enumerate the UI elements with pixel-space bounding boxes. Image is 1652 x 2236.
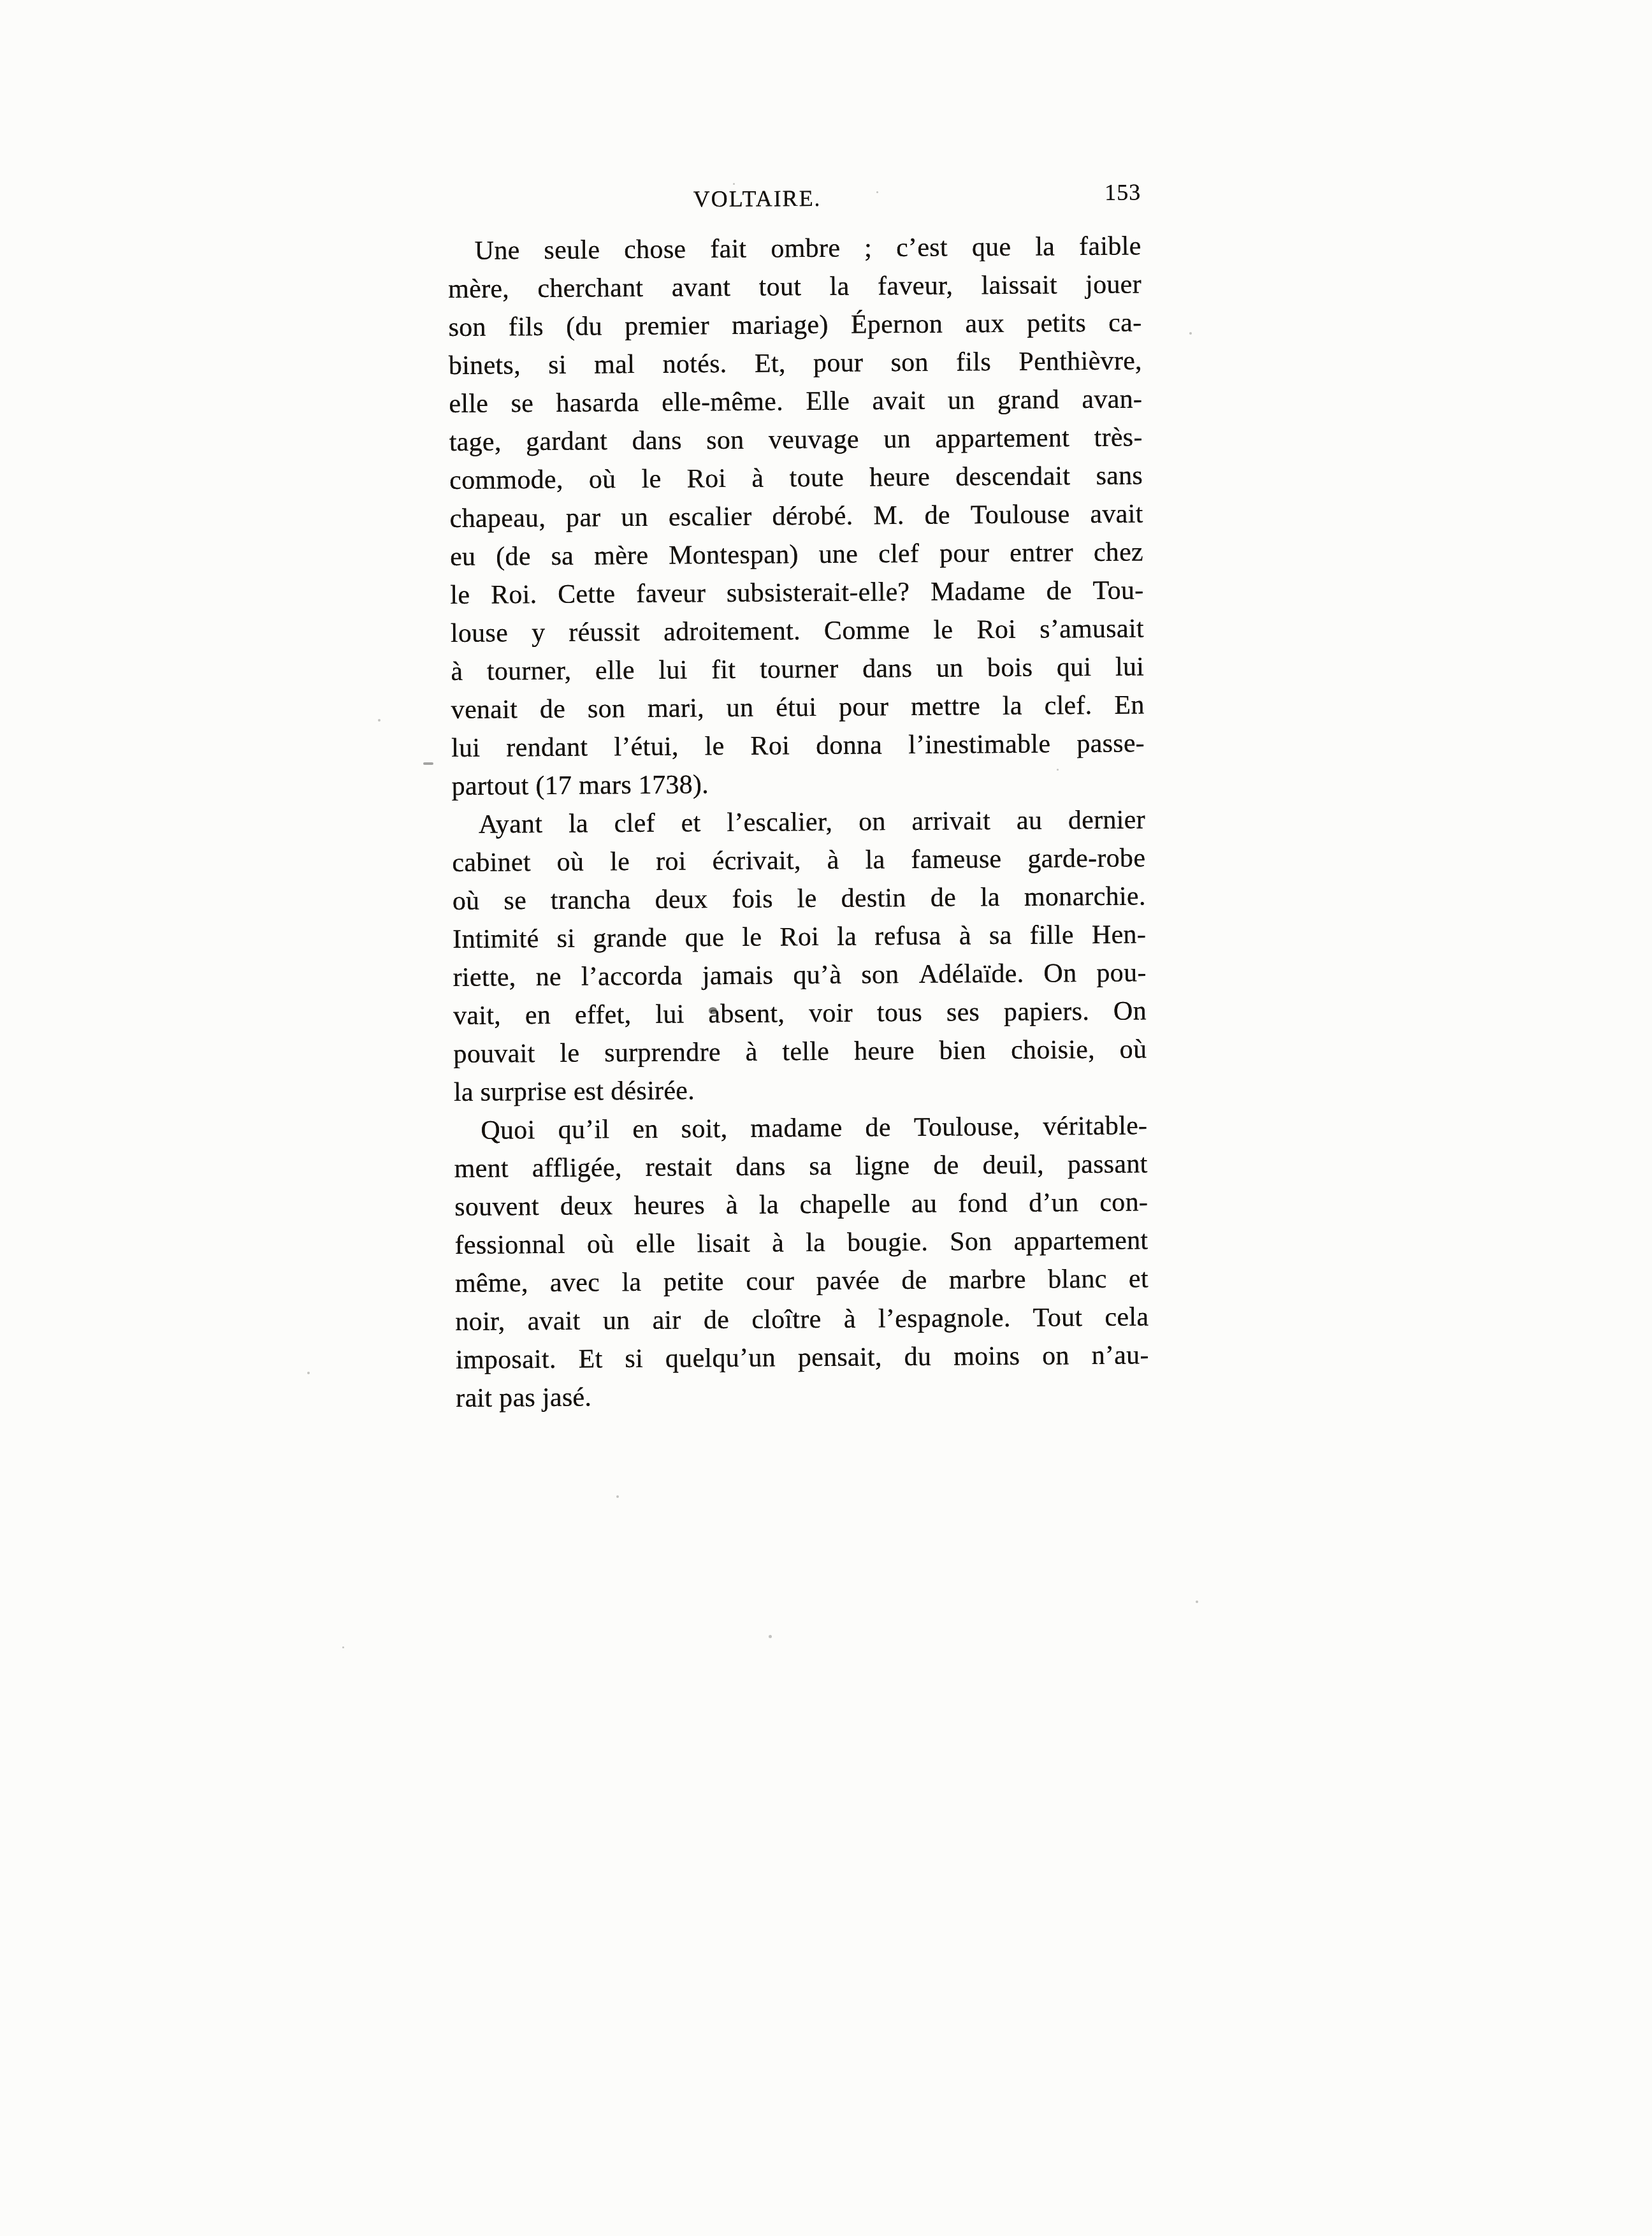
margin-mark (423, 762, 433, 765)
ink-speck (342, 1646, 344, 1648)
text-line: mentaffligée,restaitdanssalignededeuil,p… (454, 1145, 1148, 1188)
ink-speck (769, 1635, 772, 1638)
text-line: même,aveclapetitecourpavéedemarbreblance… (455, 1260, 1148, 1303)
text-body: Uneseulechosefaitombre;c’estquelafaiblem… (448, 227, 1150, 1418)
book-page: VOLTAIRE. 153 Uneseulechosefaitombre;c’e… (0, 0, 1652, 2236)
text-line: souventdeuxheuresàlachapelleaufondd’unco… (454, 1183, 1148, 1226)
ink-speck (1057, 769, 1059, 771)
text-line: noir,avaitunairdecloîtreàl’espagnole.Tou… (455, 1298, 1148, 1341)
text-line: oùsetranchadeuxfoisledestindelamonarchie… (453, 877, 1146, 920)
running-title: VOLTAIRE. (693, 184, 822, 214)
ink-speck (307, 1372, 310, 1374)
text-line: chapeau,parunescalierdérobé.M.deToulouse… (449, 495, 1143, 538)
text-line: riette,nel’accordajamaisqu’àsonAdélaïde.… (453, 954, 1146, 997)
text-line: ellesehasardaelle-même.Elleavaitungranda… (449, 380, 1142, 423)
text-line: àtourner,elleluifittournerdansunboisquil… (451, 648, 1144, 691)
text-line: Uneseulechosefaitombre;c’estquelafaible (448, 227, 1141, 270)
text-line: la surprise est désirée. (454, 1068, 1147, 1112)
text-line: mère,cherchantavanttoutlafaveur,laissait… (448, 265, 1141, 309)
paragraph: Uneseulechosefaitombre;c’estquelafaiblem… (448, 227, 1145, 806)
text-line: tage,gardantdanssonveuvageunappartementt… (449, 418, 1143, 461)
page-number: 153 (1105, 177, 1141, 207)
text-line: louseyréussitadroitement.CommeleRois’amu… (451, 609, 1144, 653)
text-line: commode,oùleRoiàtouteheuredescendaitsans (449, 456, 1143, 500)
paragraph: Quoiqu’ilensoit,madamedeToulouse,véritab… (454, 1107, 1149, 1418)
ink-speck (616, 1495, 619, 1498)
text-line: IntimitésigrandequeleRoilarefusaàsafille… (453, 915, 1146, 959)
ink-speck (709, 1007, 717, 1014)
ink-speck (733, 183, 735, 185)
text-line: leRoi.Cettefaveursubsisterait-elle?Madam… (450, 571, 1143, 614)
text-line: partout (17 mars 1738). (451, 762, 1145, 806)
text-line: fessionnaloùellelisaitàlabougie.Sonappar… (454, 1221, 1148, 1265)
text-line: rait pas jasé. (456, 1374, 1149, 1418)
text-line: binets,simalnotés.Et,poursonfilsPenthièv… (449, 342, 1142, 385)
text-line: imposait.Etsiquelqu’unpensait,dumoinsonn… (456, 1336, 1149, 1379)
text-line: eu(desamèreMontespan)uneclefpourentrerch… (450, 533, 1143, 576)
page-header: VOLTAIRE. 153 (447, 181, 1141, 215)
text-line: vait,eneffet,luiabsent,voirtoussespapier… (453, 992, 1147, 1035)
ink-speck (1196, 1601, 1198, 1603)
text-line: Ayantlaclefetl’escalier,onarrivaitaudern… (452, 801, 1145, 844)
paragraph: Ayantlaclefetl’escalier,onarrivaitaudern… (452, 801, 1147, 1112)
text-line: pouvaitlesurprendreàtelleheurebienchoisi… (453, 1030, 1147, 1073)
scan-text-block: VOLTAIRE. 153 Uneseulechosefaitombre;c’e… (447, 181, 1149, 1418)
ink-speck (876, 191, 878, 193)
ink-speck (1189, 332, 1192, 335)
ink-speck (378, 719, 380, 722)
text-line: Quoiqu’ilensoit,madamedeToulouse,véritab… (454, 1107, 1147, 1150)
text-line: sonfils(dupremiermariage)Épernonauxpetit… (448, 303, 1141, 347)
text-line: luirendantl’étui,leRoidonnal’inestimable… (451, 724, 1145, 767)
text-line: cabinetoùleroiécrivait,àlafameusegarde-r… (452, 839, 1145, 882)
text-line: venaitdesonmari,unétuipourmettrelaclef.E… (451, 686, 1145, 729)
